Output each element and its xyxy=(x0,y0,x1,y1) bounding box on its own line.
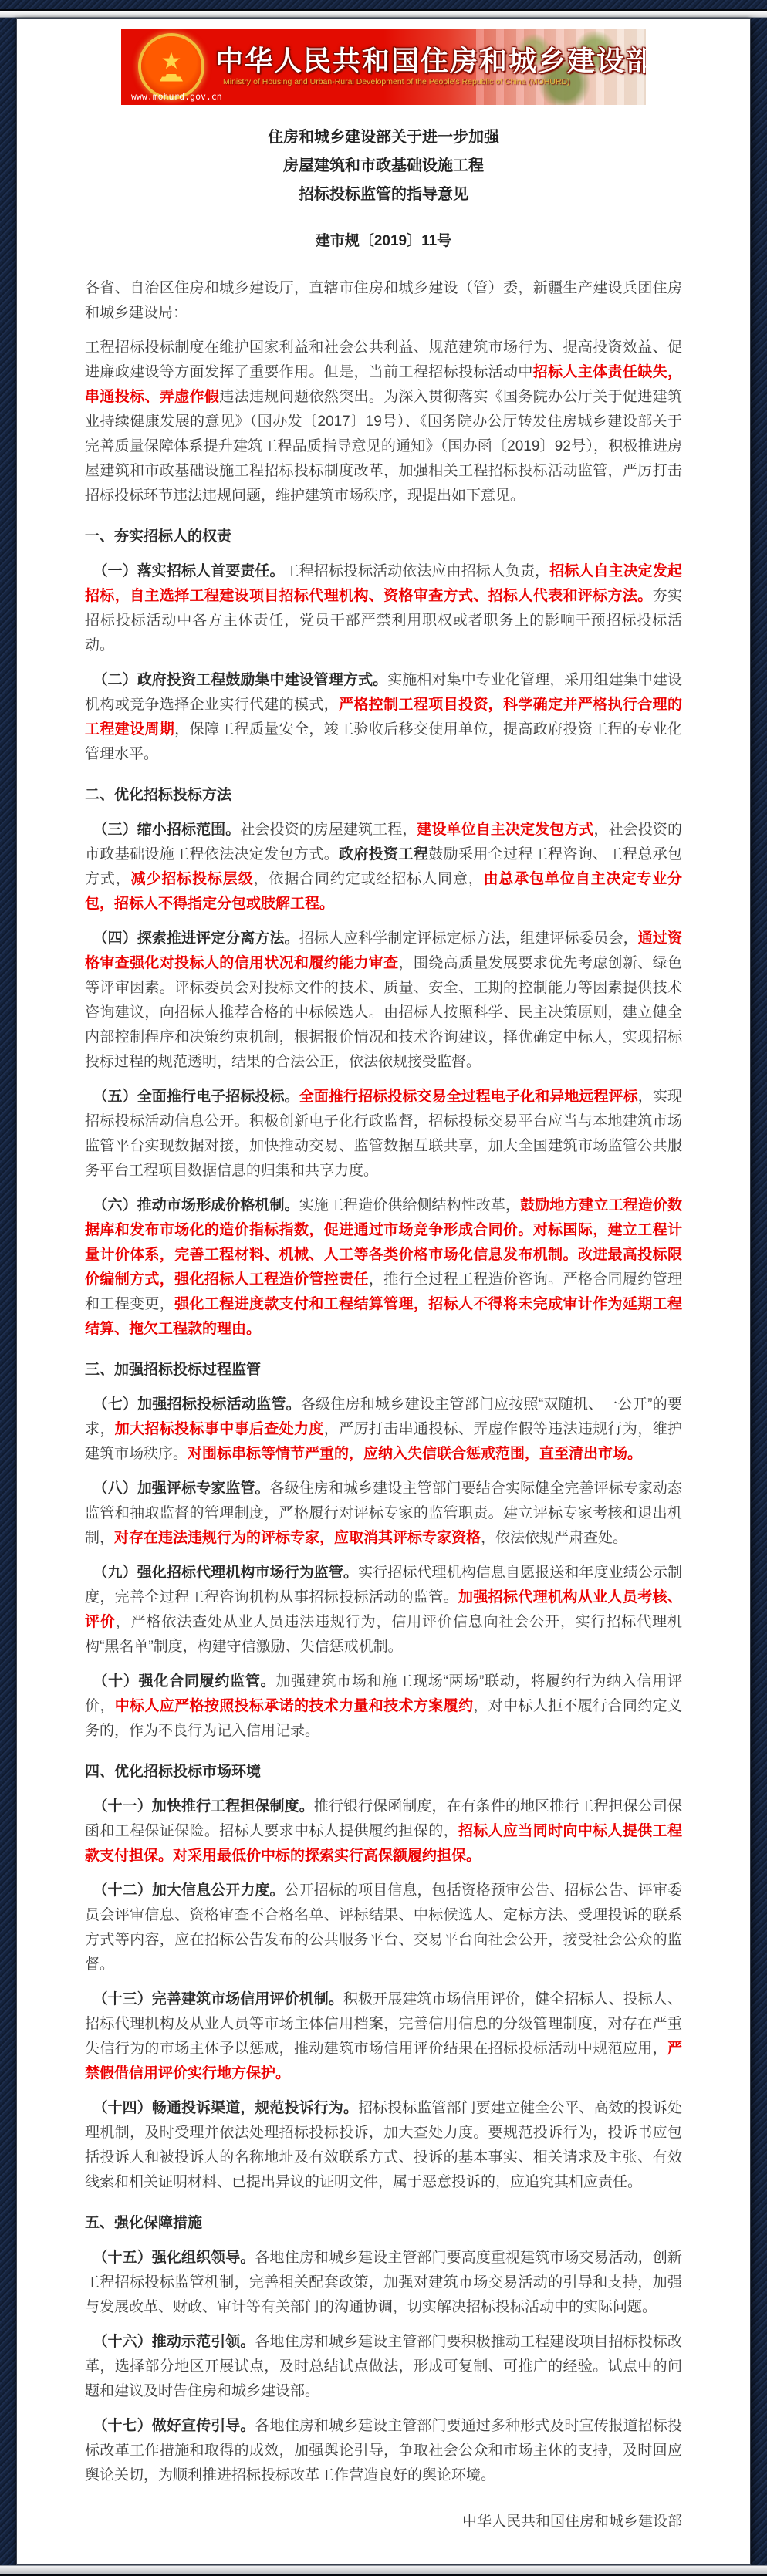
paragraph: （五）全面推行电子招标投标。全面推行招标投标交易全过程电子化和异地远程评标，实现… xyxy=(85,1085,682,1183)
document-title: 住房和城乡建设部关于进一步加强 房屋建筑和市政基础设施工程 招标投标监管的指导意… xyxy=(85,123,682,209)
ministry-name-cn: 中华人民共和国住房和城乡建设部 xyxy=(215,39,646,79)
star-icon: ★ xyxy=(161,52,182,72)
paragraph: （十二）加大信息公开力度。公开招标的项目信息，包括资格预审公告、招标公告、评审委… xyxy=(85,1879,682,1977)
paragraph: （十三）完善建筑市场信用评价机制。积极开展建筑市场信用评价，健全招标人、投标人、… xyxy=(85,1987,682,2086)
paragraph: （四）探索推进评定分离方法。招标人应科学制定评标定标方法，组建评标委员会，通过资… xyxy=(85,927,682,1075)
paragraph: （十五）强化组织领导。各地住房和城乡建设主管部门要高度重视建筑市场交易活动，创新… xyxy=(85,2246,682,2320)
section-heading: 三、加强招标投标过程监管 xyxy=(85,1358,682,1383)
signature: 中华人民共和国住房和城乡建设部 xyxy=(85,2510,682,2534)
national-emblem-icon: ★ xyxy=(141,36,201,96)
section-heading: 五、强化保障措施 xyxy=(85,2211,682,2236)
paragraph: （十六）推动示范引领。各地住房和城乡建设主管部门要积极推动工程建设项目招标投标改… xyxy=(85,2330,682,2404)
paragraph: （九）强化招标代理机构市场行为监管。实行招标代理机构信息自愿报送和年度业绩公示制… xyxy=(85,1561,682,1659)
paragraph: （一）落实招标人首要责任。工程招标投标活动依法应由招标人负责，招标人自主决定发起… xyxy=(85,559,682,658)
top-strip xyxy=(0,9,767,18)
document-number: 建市规〔2019〕11号 xyxy=(85,229,682,250)
section-heading: 一、夯实招标人的权责 xyxy=(85,525,682,549)
document-title-line-1: 住房和城乡建设部关于进一步加强 xyxy=(85,123,682,152)
section-heading: 二、优化招标投标方法 xyxy=(85,783,682,808)
document-body: 各省、自治区住房和城乡建设厅，直辖市住房和城乡建设（管）委，新疆生产建设兵团住房… xyxy=(85,276,682,2534)
paragraph: （二）政府投资工程鼓励集中建设管理方式。实施相对集中专业化管理，采用组建集中建设… xyxy=(85,668,682,767)
page-background: ★ 中华人民共和国住房和城乡建设部 Ministry of Housing an… xyxy=(0,0,767,2576)
tiananmen-gate-icon xyxy=(160,74,183,82)
ministry-name-en: Ministry of Housing and Urban-Rural Deve… xyxy=(223,77,570,86)
paragraph: （八）加强评标专家监管。各级住房和城乡建设主管部门要结合实际健全完善评标专家动态… xyxy=(85,1477,682,1551)
paragraph: （三）缩小招标范围。社会投资的房屋建筑工程，建设单位自主决定发包方式，社会投资的… xyxy=(85,818,682,917)
paragraph: （十一）加快推行工程担保制度。推行银行保函制度，在有条件的地区推行工程担保公司保… xyxy=(85,1794,682,1869)
document-title-line-3: 招标投标监管的指导意见 xyxy=(85,181,682,209)
document-title-line-2: 房屋建筑和市政基础设施工程 xyxy=(85,152,682,181)
bottom-strip xyxy=(0,2565,767,2576)
document-card: ★ 中华人民共和国住房和城乡建设部 Ministry of Housing an… xyxy=(16,18,751,2565)
paragraph: （六）推动市场形成价格机制。实施工程造价供给侧结构性改革，鼓励地方建立工程造价数… xyxy=(85,1193,682,1342)
document-content: 住房和城乡建设部关于进一步加强 房屋建筑和市政基础设施工程 招标投标监管的指导意… xyxy=(17,123,750,2534)
mohurd-banner: ★ 中华人民共和国住房和城乡建设部 Ministry of Housing an… xyxy=(121,29,646,105)
ministry-website: www.mohurd.gov.cn xyxy=(131,91,222,102)
paragraph: 各省、自治区住房和城乡建设厅，直辖市住房和城乡建设（管）委，新疆生产建设兵团住房… xyxy=(85,276,682,326)
paragraph: 工程招标投标制度在维护国家利益和社会公共利益、规范建筑市场行为、提高投资效益、促… xyxy=(85,336,682,508)
paragraph: （七）加强招标投标活动监管。各级住房和城乡建设主管部门应按照“双随机、一公开”的… xyxy=(85,1393,682,1467)
paragraph: （十四）畅通投诉渠道，规范投诉行为。招标投标监管部门要建立健全公平、高效的投诉处… xyxy=(85,2096,682,2195)
section-heading: 四、优化招标投标市场环境 xyxy=(85,1760,682,1784)
paragraph: （十七）做好宣传引导。各地住房和城乡建设主管部门要通过多种形式及时宣传报道招标投… xyxy=(85,2414,682,2488)
paragraph: （十）强化合同履约监管。加强建筑市场和施工现场“两场”联动，将履约行为纳入信用评… xyxy=(85,1670,682,1744)
